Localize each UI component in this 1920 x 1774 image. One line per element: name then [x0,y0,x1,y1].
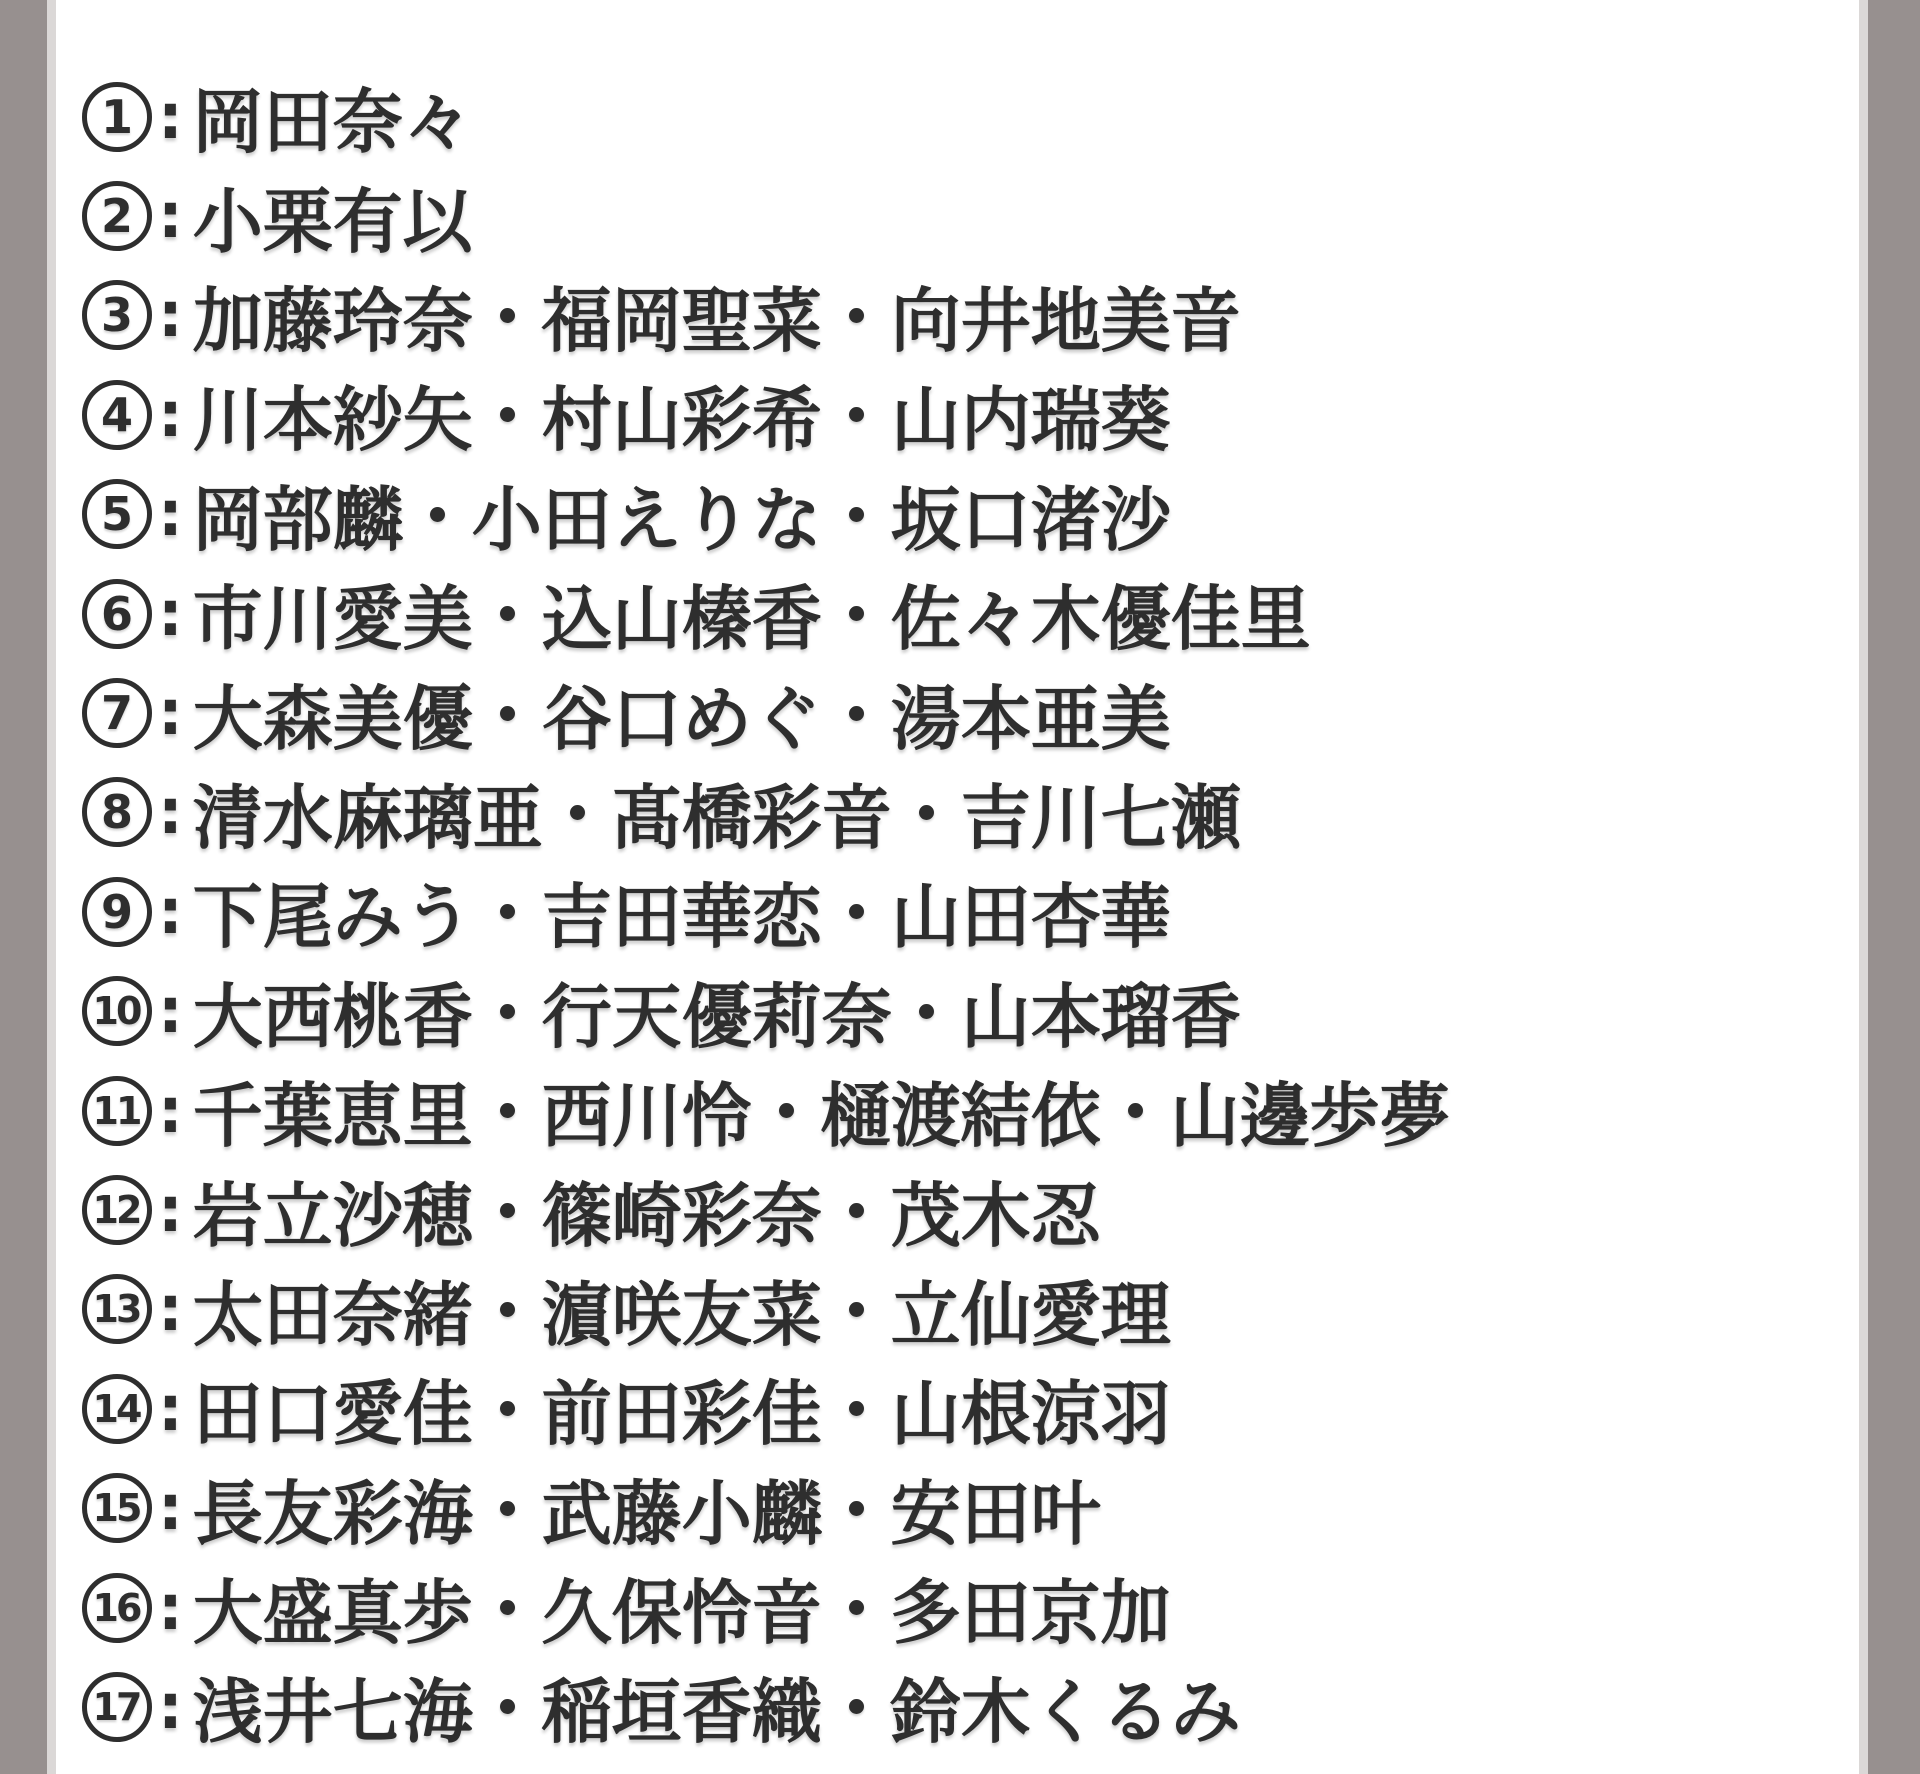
name-separator-dot-icon [500,606,515,621]
name-separator-dot-icon [500,407,515,422]
circled-number: 16 [82,1573,152,1643]
colon-separator: : [158,1577,183,1639]
colon-separator: : [158,881,183,943]
member-name: 山内瑞葵 [891,364,1171,465]
colon-separator: : [158,1080,183,1142]
name-separator-dot-icon [500,706,515,721]
list-item: 5 : 岡部麟小田えりな坂口渚沙 [82,465,1840,564]
names: 川本紗矢村山彩希山内瑞葵 [193,364,1171,465]
colon-separator: : [158,1278,183,1340]
member-name: 武藤小麟 [542,1458,822,1559]
name-separator-dot-icon [500,1401,515,1416]
names: 清水麻璃亜髙橋彩音吉川七瀬 [193,762,1241,863]
name-separator-dot-icon [849,1302,864,1317]
circled-number: 15 [82,1473,152,1543]
name-separator-dot-icon [849,1699,864,1714]
list-item: 12 : 岩立沙穂篠崎彩奈茂木忍 [82,1160,1840,1259]
name-separator-dot-icon [500,308,515,323]
name-separator-dot-icon [849,1203,864,1218]
member-name: 向井地美音 [891,265,1241,366]
colon-separator: : [158,980,183,1042]
member-name: 安田叶 [891,1458,1101,1559]
circled-number: 12 [82,1175,152,1245]
name-separator-dot-icon [849,308,864,323]
circled-number: 11 [82,1076,152,1146]
member-name: 田口愛佳 [193,1358,473,1459]
names: 大森美優谷口めぐ湯本亜美 [193,663,1171,764]
member-name: 前田彩佳 [542,1358,822,1459]
circled-number: 2 [82,181,152,251]
circled-number: 9 [82,877,152,947]
member-name: 小栗有以 [193,166,473,267]
circled-number: 3 [82,280,152,350]
name-separator-dot-icon [779,1103,794,1118]
list-item: 2 : 小栗有以 [82,166,1840,265]
member-name: 濵咲友菜 [542,1259,822,1360]
name-separator-dot-icon [849,606,864,621]
member-name: 福岡聖菜 [542,265,822,366]
member-name: 太田奈緒 [193,1259,473,1360]
member-name: 樋渡結依 [821,1060,1101,1161]
member-name: 髙橋彩音 [612,762,892,863]
names: 岡部麟小田えりな坂口渚沙 [193,464,1171,565]
colon-separator: : [158,682,183,744]
names: 長友彩海武藤小麟安田叶 [193,1458,1101,1559]
member-name: 行天優莉奈 [542,961,892,1062]
member-name: 山邊歩夢 [1170,1060,1450,1161]
name-separator-dot-icon [919,1004,934,1019]
list-item: 6 : 市川愛美込山榛香佐々木優佳里 [82,564,1840,663]
name-separator-dot-icon [500,1600,515,1615]
name-separator-dot-icon [849,904,864,919]
colon-separator: : [158,1378,183,1440]
colon-separator: : [158,185,183,247]
name-separator-dot-icon [500,1501,515,1516]
circled-number: 6 [82,579,152,649]
colon-separator: : [158,284,183,346]
member-name: 大西桃香 [193,961,473,1062]
member-name: 村山彩希 [542,364,822,465]
list-item: 9 : 下尾みう吉田華恋山田杏華 [82,862,1840,961]
member-name: 岡部麟 [193,464,403,565]
name-separator-dot-icon [430,507,445,522]
colon-separator: : [158,583,183,645]
list-item: 15 : 長友彩海武藤小麟安田叶 [82,1458,1840,1557]
member-name: 西川怜 [542,1060,752,1161]
list-item: 11 : 千葉恵里西川怜樋渡結依山邊歩夢 [82,1061,1840,1160]
names: 大西桃香行天優莉奈山本瑠香 [193,961,1241,1062]
name-separator-dot-icon [919,805,934,820]
member-name: 大盛真歩 [193,1557,473,1658]
colon-separator: : [158,1676,183,1738]
name-separator-dot-icon [849,1401,864,1416]
right-margin-strip [1859,0,1920,1774]
member-name: 清水麻璃亜 [193,762,543,863]
circled-number: 17 [82,1672,152,1742]
member-name: 浅井七海 [193,1656,473,1757]
circled-number: 10 [82,976,152,1046]
name-separator-dot-icon [570,805,585,820]
member-name: 佐々木優佳里 [891,563,1311,664]
member-name: 千葉恵里 [193,1060,473,1161]
member-name: 山田杏華 [891,861,1171,962]
member-name: 立仙愛理 [891,1259,1171,1360]
member-name: 谷口めぐ [542,663,822,764]
member-name: 稲垣香織 [542,1656,822,1757]
name-separator-dot-icon [849,407,864,422]
name-separator-dot-icon [849,507,864,522]
name-separator-dot-icon [500,1203,515,1218]
list-item: 14 : 田口愛佳前田彩佳山根涼羽 [82,1359,1840,1458]
member-name: 市川愛美 [193,563,473,664]
names: 太田奈緒濵咲友菜立仙愛理 [193,1259,1171,1360]
member-name: 岩立沙穂 [193,1160,473,1261]
names: 下尾みう吉田華恋山田杏華 [193,861,1171,962]
names: 岩立沙穂篠崎彩奈茂木忍 [193,1160,1101,1261]
member-name: 下尾みう [193,861,473,962]
member-list: 1 : 岡田奈々 2 : 小栗有以 3 : 加藤玲奈福岡聖菜向井地美音 4 : … [82,67,1840,1757]
name-separator-dot-icon [500,1699,515,1714]
list-item: 13 : 太田奈緒濵咲友菜立仙愛理 [82,1260,1840,1359]
member-name: 川本紗矢 [193,364,473,465]
list-item: 8 : 清水麻璃亜髙橋彩音吉川七瀬 [82,763,1840,862]
colon-separator: : [158,781,183,843]
names: 岡田奈々 [193,66,473,167]
left-margin-strip [0,0,56,1774]
names: 市川愛美込山榛香佐々木優佳里 [193,563,1311,664]
list-item: 4 : 川本紗矢村山彩希山内瑞葵 [82,365,1840,464]
circled-number: 14 [82,1374,152,1444]
colon-separator: : [158,384,183,446]
circled-number: 1 [82,82,152,152]
name-separator-dot-icon [849,706,864,721]
name-separator-dot-icon [500,1302,515,1317]
member-name: 茂木忍 [891,1160,1101,1261]
member-name: 鈴木くるみ [891,1656,1241,1757]
member-name: 多田京加 [891,1557,1171,1658]
circled-number: 8 [82,777,152,847]
colon-separator: : [158,483,183,545]
list-item: 3 : 加藤玲奈福岡聖菜向井地美音 [82,266,1840,365]
list-item: 16 : 大盛真歩久保怜音多田京加 [82,1558,1840,1657]
list-item: 1 : 岡田奈々 [82,67,1840,166]
list-item: 7 : 大森美優谷口めぐ湯本亜美 [82,663,1840,762]
names: 浅井七海稲垣香織鈴木くるみ [193,1656,1241,1757]
name-separator-dot-icon [1128,1103,1143,1118]
names: 田口愛佳前田彩佳山根涼羽 [193,1358,1171,1459]
member-name: 篠崎彩奈 [542,1160,822,1261]
member-name: 山根涼羽 [891,1358,1171,1459]
member-name: 小田えりな [472,464,822,565]
name-separator-dot-icon [849,1501,864,1516]
name-separator-dot-icon [500,1103,515,1118]
member-name: 吉田華恋 [542,861,822,962]
member-name: 大森美優 [193,663,473,764]
circled-number: 5 [82,479,152,549]
member-name: 山本瑠香 [961,961,1241,1062]
names: 大盛真歩久保怜音多田京加 [193,1557,1171,1658]
member-name: 吉川七瀬 [961,762,1241,863]
colon-separator: : [158,1179,183,1241]
colon-separator: : [158,86,183,148]
member-name: 岡田奈々 [193,66,473,167]
names: 千葉恵里西川怜樋渡結依山邊歩夢 [193,1060,1450,1161]
circled-number: 4 [82,380,152,450]
name-separator-dot-icon [500,1004,515,1019]
list-item: 10 : 大西桃香行天優莉奈山本瑠香 [82,962,1840,1061]
member-name: 長友彩海 [193,1458,473,1559]
name-separator-dot-icon [849,1600,864,1615]
name-separator-dot-icon [500,904,515,919]
list-item: 17 : 浅井七海稲垣香織鈴木くるみ [82,1657,1840,1756]
names: 小栗有以 [193,166,473,267]
member-name: 湯本亜美 [891,663,1171,764]
circled-number: 7 [82,678,152,748]
member-name: 久保怜音 [542,1557,822,1658]
member-name: 加藤玲奈 [193,265,473,366]
names: 加藤玲奈福岡聖菜向井地美音 [193,265,1241,366]
member-name: 込山榛香 [542,563,822,664]
colon-separator: : [158,1477,183,1539]
member-name: 坂口渚沙 [891,464,1171,565]
circled-number: 13 [82,1274,152,1344]
